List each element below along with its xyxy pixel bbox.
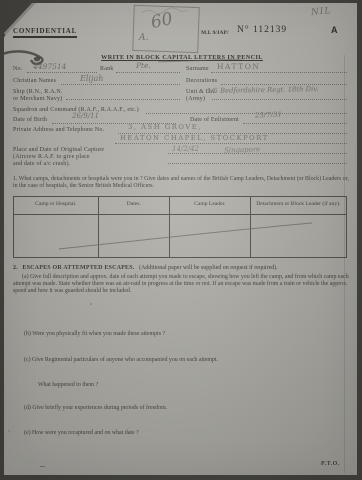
dotted-line	[61, 83, 180, 85]
dotted-line	[146, 112, 347, 114]
question-2c-followup: What happened to them ?	[38, 382, 98, 389]
dotted-line	[66, 98, 180, 100]
dotted-line	[243, 122, 347, 124]
paper-crease	[344, 55, 345, 473]
dotted-line	[115, 142, 347, 144]
question-2a: (a) Give full description and approx. da…	[13, 274, 351, 296]
field-value-rank: Pte.	[136, 61, 151, 70]
paper-speck	[90, 303, 92, 305]
field-value-surname: HATTON	[217, 62, 260, 71]
mi9-reference: M.I. 9/JAP/	[201, 30, 228, 36]
dotted-line	[211, 71, 347, 73]
field-label-decorations: Decorations	[186, 78, 217, 85]
field-label-capture-2: (Aircrew R.A.F. to give place	[13, 154, 90, 161]
field-label-ship-2: or Merchant Navy)	[13, 96, 62, 103]
question-2-note: (Additional paper will be supplied on re…	[139, 265, 278, 271]
field-label-surname: Surname	[186, 66, 209, 73]
question-2-number: 2.	[13, 265, 18, 271]
dotted-line	[212, 98, 347, 100]
paper-speck	[40, 466, 45, 467]
field-label-unit-2: (Army)	[186, 96, 205, 103]
field-label-capture-3: and date of a/c crash).	[13, 161, 70, 168]
field-value-no: 4497514	[33, 62, 66, 71]
dotted-line	[116, 71, 180, 73]
question-2-title: ESCAPES OR ATTEMPTED ESCAPES.	[22, 265, 134, 271]
field-value-capture-place: Singapore	[224, 145, 261, 154]
scanned-document-photo: { "page": { "classification": "CONFIDENT…	[0, 0, 362, 480]
field-label-rank: Rank	[100, 66, 113, 73]
question-2c: (c) Give Regimental particulars of anyon…	[24, 357, 218, 364]
question-2-heading: 2. ESCAPES OR ATTEMPTED ESCAPES. (Additi…	[13, 265, 353, 272]
classification-label: CONFIDENTIAL	[13, 27, 77, 38]
form-content: CONFIDENTIAL 60 A. M.I. 9/JAP/ N° 112139…	[0, 0, 362, 480]
field-value-address-2: HEATON CHAPEL, STOCKPORT	[120, 134, 269, 142]
serial-number: N° 112139	[237, 25, 287, 35]
question-2b: (b) Were you physically fit when you mad…	[24, 331, 165, 338]
page-turn-over-label: P.T.O.	[321, 461, 340, 467]
field-label-ship-1: Ship (R.N., R.A.N.	[13, 89, 63, 96]
field-label-address: Private Address and Telephone No.	[13, 127, 104, 134]
question-1-text: 1. What camps, detachments or hospitals …	[13, 176, 349, 190]
field-label-date-of-birth: Date of Birth	[13, 117, 47, 124]
field-label-christian-names: Christian Names	[13, 78, 56, 85]
dotted-line	[27, 71, 97, 73]
field-value-date-of-birth: 26/9/11	[72, 112, 99, 120]
stamp-letter-handwritten: A.	[139, 33, 148, 43]
field-value-address-1: 3, ASH GROVE,	[128, 123, 202, 131]
paper-speck	[8, 430, 10, 432]
pencil-note-nil: NIL	[311, 6, 332, 18]
field-value-unit: 1/5 Bedfordshire Regt. 18th Div.	[207, 85, 319, 95]
field-value-capture-date: 14/2/42	[172, 145, 199, 153]
series-letter: A	[331, 25, 338, 35]
field-label-no: No.	[13, 66, 22, 73]
question-2e: (e) How were you recaptured and on what …	[24, 430, 139, 437]
question-2d: (d) Give briefly your experiences during…	[24, 405, 167, 412]
pencil-strikeout-line	[13, 196, 347, 258]
dotted-line	[168, 162, 347, 164]
field-label-capture-1: Place and Date of Original Capture	[13, 147, 104, 154]
field-value-date-of-enlistment: 25/7/31	[255, 111, 282, 120]
field-value-christian-names: Elijah	[80, 74, 103, 83]
